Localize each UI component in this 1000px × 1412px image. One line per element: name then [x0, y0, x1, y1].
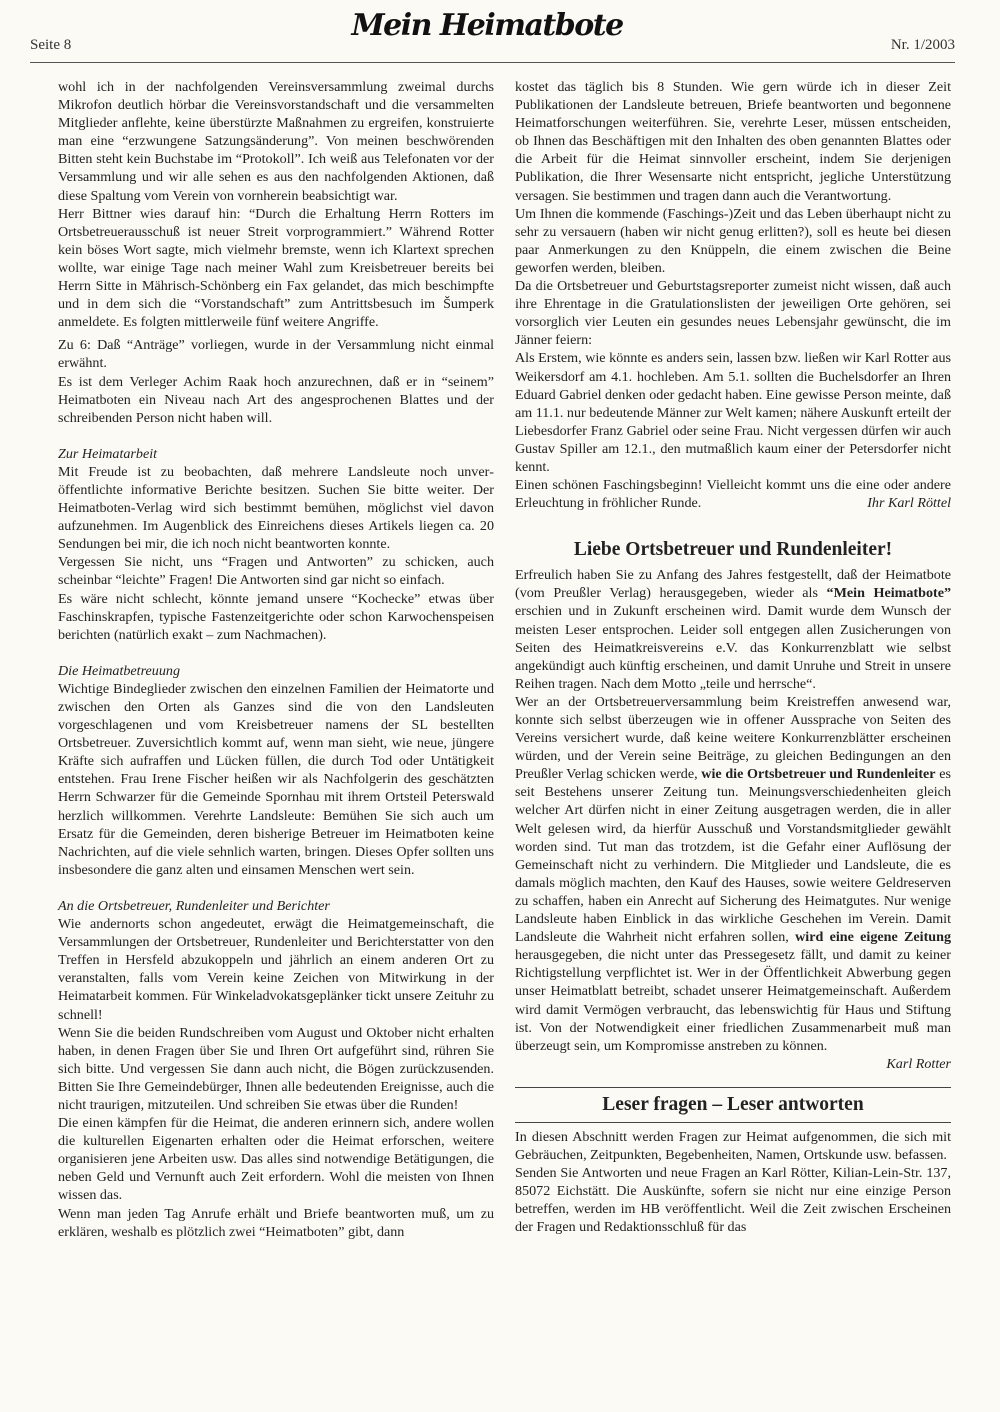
- paragraph: Wenn man jeden Tag Anrufe erhält und Bri…: [58, 1205, 494, 1241]
- bold-text: “Mein Heimatbote”: [827, 585, 951, 601]
- signature: Karl Rotter: [515, 1055, 951, 1073]
- paragraph: In diesen Abschnitt werden Fragen zur He…: [515, 1128, 951, 1164]
- paragraph: Die einen kämpfen für die Heimat, die an…: [58, 1114, 494, 1204]
- masthead-logo: Mein Heimatbote: [351, 8, 622, 43]
- article-title: Leser fragen – Leser antworten: [515, 1093, 951, 1117]
- paragraph: Wichtige Bindeglieder zwischen den einze…: [58, 680, 494, 879]
- section-subheading: Zur Heimatarbeit: [58, 445, 494, 463]
- bold-text: wie die Ortsbetreuer und Rundenleiter: [701, 766, 935, 782]
- paragraph: Um Ihnen die kommende (Faschings-)Zeit u…: [515, 205, 951, 277]
- paragraph: Es ist dem Verleger Achim Raak hoch anzu…: [58, 373, 494, 427]
- right-column: kostet das täglich bis 8 Stunden. Wie ge…: [515, 78, 951, 1236]
- paragraph: Als Erstem, wie könnte es anders sein, l…: [515, 349, 951, 476]
- section-subheading: An die Ortsbetreuer, Rundenleiter und Be…: [58, 897, 494, 915]
- paragraph: Senden Sie Antworten und neue Fragen an …: [515, 1164, 951, 1236]
- paragraph: Vergessen Sie nicht, uns “Fragen und Ant…: [58, 553, 494, 589]
- paragraph: Einen schönen Faschingsbeginn! Vielleich…: [515, 476, 951, 512]
- page-header: Seite 8 Mein Heimatbote Nr. 1/2003: [30, 0, 955, 63]
- section-subheading: Die Heimatbetreuung: [58, 662, 494, 680]
- paragraph: wohl ich in der nachfolgenden Vereinsver…: [58, 78, 494, 205]
- issue-number: Nr. 1/2003: [891, 37, 955, 54]
- signature: Ihr Karl Röttel: [867, 494, 951, 512]
- paragraph: Zu 6: Daß “Anträge” vorliegen, wurde in …: [58, 336, 494, 372]
- page-number: Seite 8: [30, 37, 71, 54]
- text: es seit Bestehens unserer Zeitung tun. M…: [515, 766, 951, 945]
- paragraph: kostet das täglich bis 8 Stunden. Wie ge…: [515, 78, 951, 205]
- paragraph: Es wäre nicht schlecht, könnte jemand un…: [58, 590, 494, 644]
- paragraph: Da die Ortsbetreuer und Geburtstagsrepor…: [515, 277, 951, 349]
- paragraph: Wie andernorts schon angedeutet, erwägt …: [58, 915, 494, 1024]
- article-title: Liebe Ortsbetreuer und Rundenleiter!: [515, 538, 951, 562]
- paragraph: Herr Bittner wies darauf hin: “Durch die…: [58, 205, 494, 332]
- text: erschien und in Zukunft erscheinen wird.…: [515, 603, 951, 691]
- paragraph: Erfreulich haben Sie zu Anfang des Jahre…: [515, 566, 951, 693]
- bold-text: wird eine eigene Zeitung: [795, 929, 951, 945]
- paragraph: Wer an der Ortsbetreuerversammlung beim …: [515, 693, 951, 1055]
- text: herausgegeben, die nicht unter das Press…: [515, 947, 951, 1053]
- left-column: wohl ich in der nachfolgenden Vereinsver…: [58, 78, 494, 1241]
- paragraph: Wenn Sie die beiden Rundschreiben vom Au…: [58, 1024, 494, 1114]
- paragraph: Mit Freude ist zu beobachten, daß mehrer…: [58, 463, 494, 553]
